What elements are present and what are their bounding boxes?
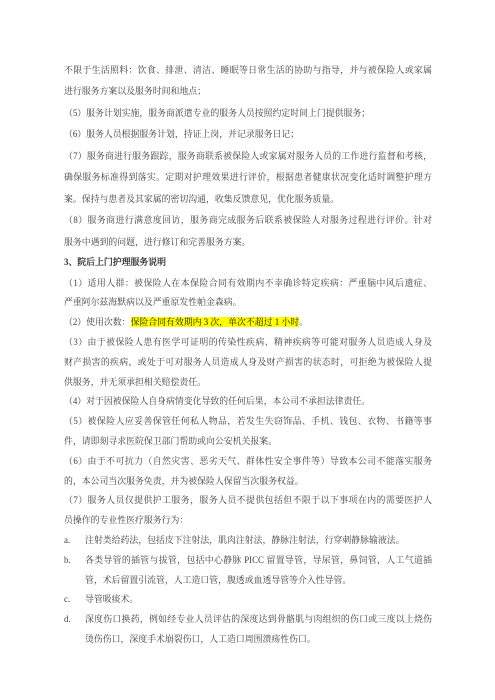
para-continued-line-1: 不限于生活照料：饮食、排泄、清洁、睡眠等日常生活的协助与指导，并与被保险人或家属: [64, 60, 432, 82]
note-6-force-majeure-line-2: 的，本公司当次服务免责，并为被保险人保留当次服务权益。: [64, 472, 432, 492]
text-run: 深度伤口换药，例如经专业人员评估的深度达到骨骼肌与肉组织的伤口或三度以上烧伤: [85, 614, 432, 624]
text-run: 不限于生活照料：饮食、排泄、清洁、睡眠等日常生活的协助与指导，并与被保险人或家属: [64, 65, 432, 75]
text-run: 确保服务标准得到落实。定期对护理效果进行评价，根据患者健康状况变化适时调整护理方: [64, 172, 432, 182]
note-5-personal-items-line-2: 件，请即刻寻求医院保卫部门帮助或向公安机关报案。: [64, 432, 432, 452]
text-run: 的，本公司当次服务免责，并为被保险人保留当次服务权益。: [64, 476, 304, 486]
text-run: 导管吸痰术。: [85, 594, 138, 604]
service-step-7-line-3: 案。保持与患者及其家属的密切沟通，收集反馈意见，优化服务质量。: [64, 189, 432, 211]
list-item-a-marker: a.: [64, 531, 85, 551]
para-continued-line-2: 进行服务方案以及服务时间和地点；: [64, 81, 432, 103]
text-run: （4）对于因被保险人自身病情变化导致的任何后果，本公司不承担法律责任。: [64, 396, 370, 406]
list-item-c-line-1: 导管吸痰术。: [85, 590, 432, 610]
text-run: 件，请即刻寻求医院保卫部门帮助或向公安机关报案。: [64, 436, 277, 446]
service-step-6-line-1: （6）服务人员根据服务计划，持证上岗，并记录服务日记；: [64, 124, 432, 146]
text-run: （8）服务商进行满意度回访，服务商完成服务后联系被保险人对服务过程进行评价。针对: [64, 215, 432, 225]
text-run: （5）服务计划实施，服务商派遣专业的服务人员按照约定时间上门提供服务；: [64, 108, 370, 118]
text-run: （6）由于不可抗力（自然灾害、恶劣天气、群体性安全事件等）导致本公司不能落实服务: [64, 456, 432, 466]
text-run: （2）使用次数：: [64, 317, 131, 327]
text-run: （5）被保险人应妥善保管任何私人物品，若发生失窃饰品、手机、钱包、衣物、书籍等事: [64, 416, 432, 426]
note-7-service-scope-line-2: 员操作的专业性医疗服务行为：: [64, 511, 432, 531]
note-5-personal-items-line-1: （5）被保险人应妥善保管任何私人物品，若发生失窃饰品、手机、钱包、衣物、书籍等事: [64, 412, 432, 432]
text-run: （7）服务商进行服务跟踪，服务商联系被保险人或家属对服务人员的工作进行监督和考核…: [64, 151, 432, 161]
section-heading-line-1: 3、院后上门护理服务说明: [64, 252, 432, 274]
note-2-usage-times-line-1: （2）使用次数：保险合同有效期内 3 次，单次不超过 1 小时。: [64, 313, 432, 333]
service-step-7-line-2: 确保服务标准得到落实。定期对护理效果进行评价，根据患者健康状况变化适时调整护理方: [64, 167, 432, 189]
text-run: 注射类给药法，包括皮下注射法，肌肉注射法，静脉注射法，行穿刺静脉输液法。: [85, 535, 405, 545]
list-item-d-line-2: 烫伤伤口，深度手术崩裂伤口，人工造口周围溃疡性伤口。: [85, 630, 432, 650]
note-6-force-majeure-line-1: （6）由于不可抗力（自然灾害、恶劣天气、群体性安全事件等）导致本公司不能落实服务: [64, 452, 432, 472]
list-item-b-line-2: 管，术后留置引流管，人工造口管，腹透或血透导管等介入性导管。: [85, 571, 432, 591]
text-run: 3、院后上门护理服务说明: [64, 257, 166, 267]
text-run: 供服务，并无须承担相关赔偿责任。: [64, 377, 206, 387]
text-run: 案。保持与患者及其家属的密切沟通，收集反馈意见，优化服务质量。: [64, 194, 339, 204]
service-step-8-line-2: 服务中遇到的问题，进行修订和完善服务方案。: [64, 232, 432, 254]
note-1-applicable-people-line-1: （1）适用人群：被保险人在本保险合同有效期内不幸确诊特定疾病：严重脑中风后遗症、: [64, 274, 432, 294]
list-item-a-line-1: 注射类给药法，包括皮下注射法，肌肉注射法，静脉注射法，行穿刺静脉输液法。: [85, 531, 432, 551]
service-step-8-line-1: （8）服务商进行满意度回访，服务商完成服务后联系被保险人对服务过程进行评价。针对: [64, 210, 432, 232]
text-run: 各类导管的插管与拔管，包括中心静脉 PICC 留置导管，导尿管，鼻饲管，人工气道…: [85, 555, 432, 565]
list-item-b-marker: b.: [64, 551, 85, 571]
note-3-refusal-clause-line-3: 供服务，并无须承担相关赔偿责任。: [64, 373, 432, 393]
text-run: （7）服务人员仅提供护工服务，服务人员不提供包括但不限于以下事项在内的需要医护人: [64, 495, 432, 505]
note-3-refusal-clause-line-1: （3）由于被保险人患有医学可证明的传染性疾病、精神疾病等可能对服务人员造成人身及: [64, 333, 432, 353]
service-step-5-line-1: （5）服务计划实施，服务商派遣专业的服务人员按照约定时间上门提供服务；: [64, 103, 432, 125]
list-item-c-marker: c.: [64, 590, 85, 610]
text-run: 进行服务方案以及服务时间和地点；: [64, 86, 206, 96]
text-run: 员操作的专业性医疗服务行为：: [64, 515, 188, 525]
text-run: 严重阿尔兹海默病以及严重原发性帕金森病。: [64, 297, 242, 307]
text-run: （1）适用人群：被保险人在本保险合同有效期内不幸确诊特定疾病：严重脑中风后遗症、: [64, 278, 432, 288]
highlighted-clause: 保险合同有效期内 3 次，单次不超过 1 小时: [131, 317, 300, 327]
text-run: （3）由于被保险人患有医学可证明的传染性疾病、精神疾病等可能对服务人员造成人身及: [64, 337, 432, 347]
text-run: （6）服务人员根据服务计划，持证上岗，并记录服务日记；: [64, 129, 299, 139]
text-run: 财产损害的疾病，或处于可对服务人员造成人身及财产损害的状态时，可拒绝为被保险人提: [64, 357, 432, 367]
list-item-b-line-1: 各类导管的插管与拔管，包括中心静脉 PICC 留置导管，导尿管，鼻饲管，人工气道…: [85, 551, 432, 571]
text-run: 。: [299, 317, 308, 327]
document-page: 不限于生活照料：饮食、排泄、清洁、睡眠等日常生活的协助与指导，并与被保险人或家属…: [0, 0, 495, 700]
text-run: 服务中遇到的问题，进行修订和完善服务方案。: [64, 237, 250, 247]
note-4-liability-clause-line-1: （4）对于因被保险人自身病情变化导致的任何后果，本公司不承担法律责任。: [64, 392, 432, 412]
note-1-applicable-people-line-2: 严重阿尔兹海默病以及严重原发性帕金森病。: [64, 293, 432, 313]
text-run: 烫伤伤口，深度手术崩裂伤口，人工造口周围溃疡性伤口。: [85, 634, 316, 644]
note-3-refusal-clause-line-2: 财产损害的疾病，或处于可对服务人员造成人身及财产损害的状态时，可拒绝为被保险人提: [64, 353, 432, 373]
list-item-d-marker: d.: [64, 610, 85, 630]
note-7-service-scope-line-1: （7）服务人员仅提供护工服务，服务人员不提供包括但不限于以下事项在内的需要医护人: [64, 491, 432, 511]
service-step-7-line-1: （7）服务商进行服务跟踪，服务商联系被保险人或家属对服务人员的工作进行监督和考核…: [64, 146, 432, 168]
list-item-d-line-1: 深度伤口换药，例如经专业人员评估的深度达到骨骼肌与肉组织的伤口或三度以上烧伤: [85, 610, 432, 630]
text-run: 管，术后留置引流管，人工造口管，腹透或血透导管等介入性导管。: [85, 575, 351, 585]
